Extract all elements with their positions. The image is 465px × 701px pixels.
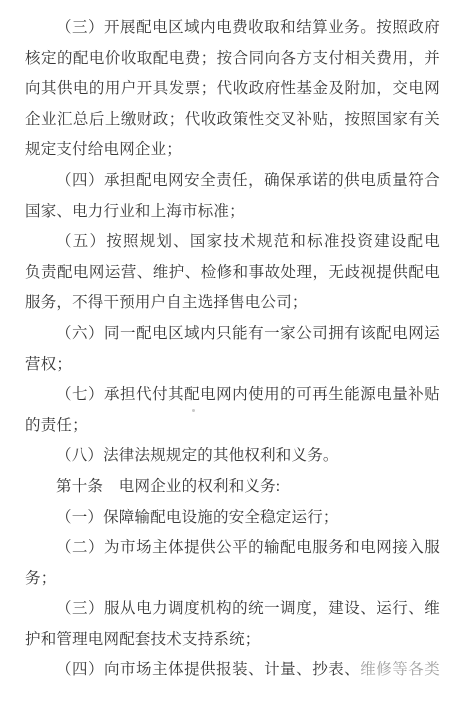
text-line: 务； [25, 564, 440, 595]
text-line-main: 务； [25, 570, 56, 587]
text-line: （六）同一配电区域内只能有一家公司拥有该配电网运 [25, 319, 440, 350]
text-line: （八）法律法规规定的其他权利和义务。 [25, 441, 440, 472]
text-line: （四）向市场主体提供报装、计量、抄表、维修等各类 [25, 655, 440, 686]
text-line: （五）按照规划、国家技术规范和标准投资建设配电网， [25, 227, 440, 258]
text-line-main: 服务，不得干预用户自主选择售电公司； [25, 294, 308, 311]
text-line-main: （五）按照规划、国家技术规范和标准投资建设配电网， [25, 233, 440, 258]
text-line-main: 核定的配电价收取配电费；按合同向各方支付相关费用，并 [25, 50, 440, 67]
text-line: 企业汇总后上缴财政；代收政策性交叉补贴，按照国家有关 [25, 105, 440, 136]
text-line: （二）为市场主体提供公平的输配电服务和电网接入服 [25, 533, 440, 564]
text-line: 第十条 电网企业的权利和义务: [25, 472, 440, 503]
text-line: （一）保障输配电设施的安全稳定运行； [25, 503, 440, 534]
scan-speckle [344, 187, 346, 189]
text-line: 核定的配电价收取配电费；按合同向各方支付相关费用，并 [25, 44, 440, 75]
document-page: （三）开展配电区域内电费收取和结算业务。按照政府核定的配电价收取配电费；按合同向… [0, 0, 465, 701]
text-line-main: 向其供电的用户开具发票；代收政府性基金及附加，交电网 [25, 80, 440, 97]
text-line-main: 国家、电力行业和上海市标准； [25, 203, 245, 220]
text-line: 向其供电的用户开具发票；代收政府性基金及附加，交电网 [25, 74, 440, 105]
text-line-main: 规定支付给电网企业； [25, 141, 182, 158]
text-line: （七）承担代付其配电网内使用的可再生能源电量补贴 [25, 380, 440, 411]
text-line-main: （八）法律法规规定的其他权利和义务。 [56, 447, 339, 464]
text-line-main: 企业汇总后上缴财政；代收政策性交叉补贴，按照国家有关 [25, 111, 440, 128]
text-line: 规定支付给电网企业； [25, 135, 440, 166]
text-line: 的责任； [25, 411, 440, 442]
text-line: 服务，不得干预用户自主选择售电公司； [25, 288, 440, 319]
text-line-main: 的责任； [25, 417, 88, 434]
text-line-main: （三）服从电力调度机构的统一调度，建设、运行、维 [56, 600, 440, 617]
text-line-main: （二）为市场主体提供公平的输配电服务和电网接入服 [56, 539, 440, 556]
text-line: 负责配电网运营、维护、检修和事故处理，无歧视提供配电 [25, 258, 440, 289]
text-line-main: 负责配电网运营、维护、检修和事故处理，无歧视提供配电 [25, 264, 440, 281]
text-line-main: 护和管理电网配套技术支持系统； [25, 631, 261, 648]
text-line: （三）开展配电区域内电费收取和结算业务。按照政府 [25, 13, 440, 44]
text-line: （三）服从电力调度机构的统一调度，建设、运行、维 [25, 594, 440, 625]
text-line-faded: 维修等各类 [360, 661, 440, 678]
text-line-main: （四）向市场主体提供报装、计量、抄表、 [56, 661, 360, 678]
text-line: （四）承担配电网安全责任，确保承诺的供电质量符合 [25, 166, 440, 197]
text-line-main: （四）承担配电网安全责任，确保承诺的供电质量符合 [56, 172, 440, 189]
text-line-main: （七）承担代付其配电网内使用的可再生能源电量补贴 [56, 386, 440, 403]
text-line-main: （三）开展配电区域内电费收取和结算业务。按照政府 [56, 19, 440, 36]
text-line-main: 营权； [25, 356, 72, 373]
scan-speckle [192, 409, 195, 412]
scan-speckle [293, 232, 295, 234]
text-line: 国家、电力行业和上海市标准； [25, 197, 440, 228]
text-line: 营权； [25, 350, 440, 381]
text-line-main: （六）同一配电区域内只能有一家公司拥有该配电网运 [56, 325, 440, 342]
document-text: （三）开展配电区域内电费收取和结算业务。按照政府核定的配电价收取配电费；按合同向… [25, 13, 440, 686]
text-line: 护和管理电网配套技术支持系统； [25, 625, 440, 656]
text-line-main: （一）保障输配电设施的安全稳定运行； [56, 509, 339, 526]
text-line-main: 第十条 电网企业的权利和义务: [56, 478, 280, 495]
